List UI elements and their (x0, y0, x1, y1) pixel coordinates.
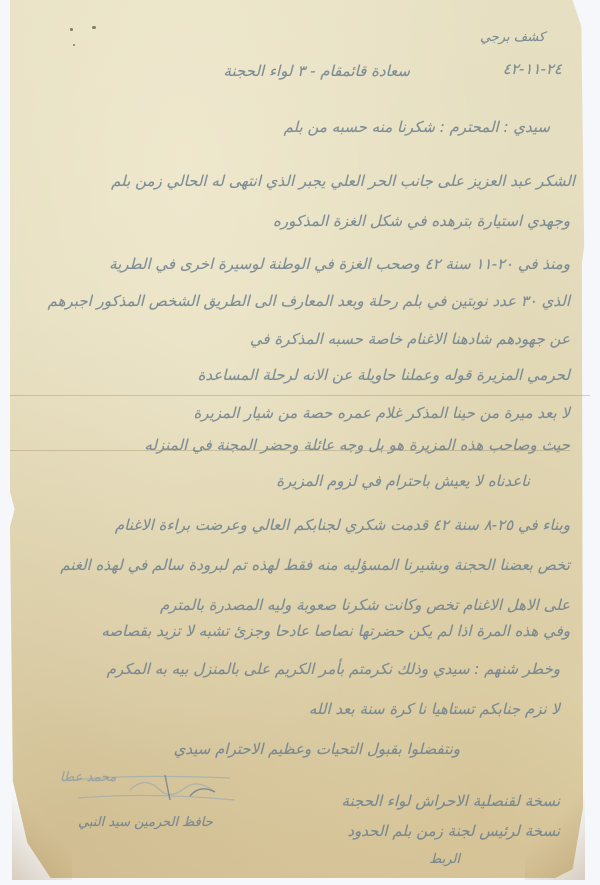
body-line: سيدي : المحترم : شكرنا منه حسبه من بلم (284, 118, 550, 136)
copy-line: نسخة لرئيس لجنة زمن بلم الحدود (347, 822, 560, 840)
body-line: ناعدناه لا يعيش باحترام في لزوم المزيرة (276, 472, 530, 490)
body-line: وخطر شنهم : سيدي وذلك نكرمتم بأمر الكريم… (107, 660, 560, 678)
closing-line: ونتفضلوا بقبول التحيات وعظيم الاحترام سي… (174, 740, 460, 758)
copy-line: نسخة لقنصلية الاحراش لواء الحجنة (341, 792, 560, 810)
signature-name: حافظ الحرمين سيد النبي (78, 815, 213, 830)
body-line: وجهدي استيارة بترهده في شكل الغزة المذكو… (273, 212, 570, 230)
paper-wear (12, 790, 72, 880)
paper-crease (10, 395, 590, 396)
copy-line: الربط (429, 852, 460, 867)
body-line: تخص بعضنا الحجنة وبشيرنا المسؤليه منه فق… (60, 556, 570, 574)
letter-date: ٢٤-١١-٤٢ (503, 60, 562, 78)
body-line: عن جهودهم شادهنا الاغنام خاصة حسبه المذك… (250, 330, 570, 348)
body-line: الشكر عبد العزيز على جانب الحر العلي يجب… (111, 172, 575, 190)
body-line: ومنذ في ٢٠-١١ سنة ٤٢ وصحب الغزة في الوطن… (109, 255, 570, 273)
body-line: لا بعد ميرة من حينا المذكر غلام عمره حصة… (193, 404, 570, 422)
body-line: على الاهل الاغنام تخص وكانت شكرنا صعوبة … (160, 596, 570, 614)
body-line: حيث وصاحب هذه المزيرة هو بل وجه عائلة وح… (144, 436, 570, 454)
body-line: وفي هذه المرة اذا لم يكن حضرتها نصاصا عا… (101, 622, 570, 640)
body-line: الذي ٣٠ عدد نوبتين في بلم رحلة وبعد المع… (48, 292, 570, 310)
paper-stain (70, 28, 73, 31)
paper-stain (73, 44, 75, 46)
body-line: لحرمي المزيرة قوله وعملنا حاويلة عن الان… (198, 366, 570, 384)
addressee: سعادة قائمقام - ٣ لواء الحجنة (224, 62, 410, 80)
body-line: لا نزم جنابكم تستاهيا نا كرة سنة بعد الل… (309, 700, 560, 718)
signature-text: محمد عطا (60, 770, 116, 785)
top-note: كشف برجي (480, 30, 545, 45)
paper-stain (92, 26, 96, 29)
body-line: وبناء في ٢٥-٨ سنة ٤٢ قدمت شكري لجنابكم ا… (115, 516, 570, 534)
